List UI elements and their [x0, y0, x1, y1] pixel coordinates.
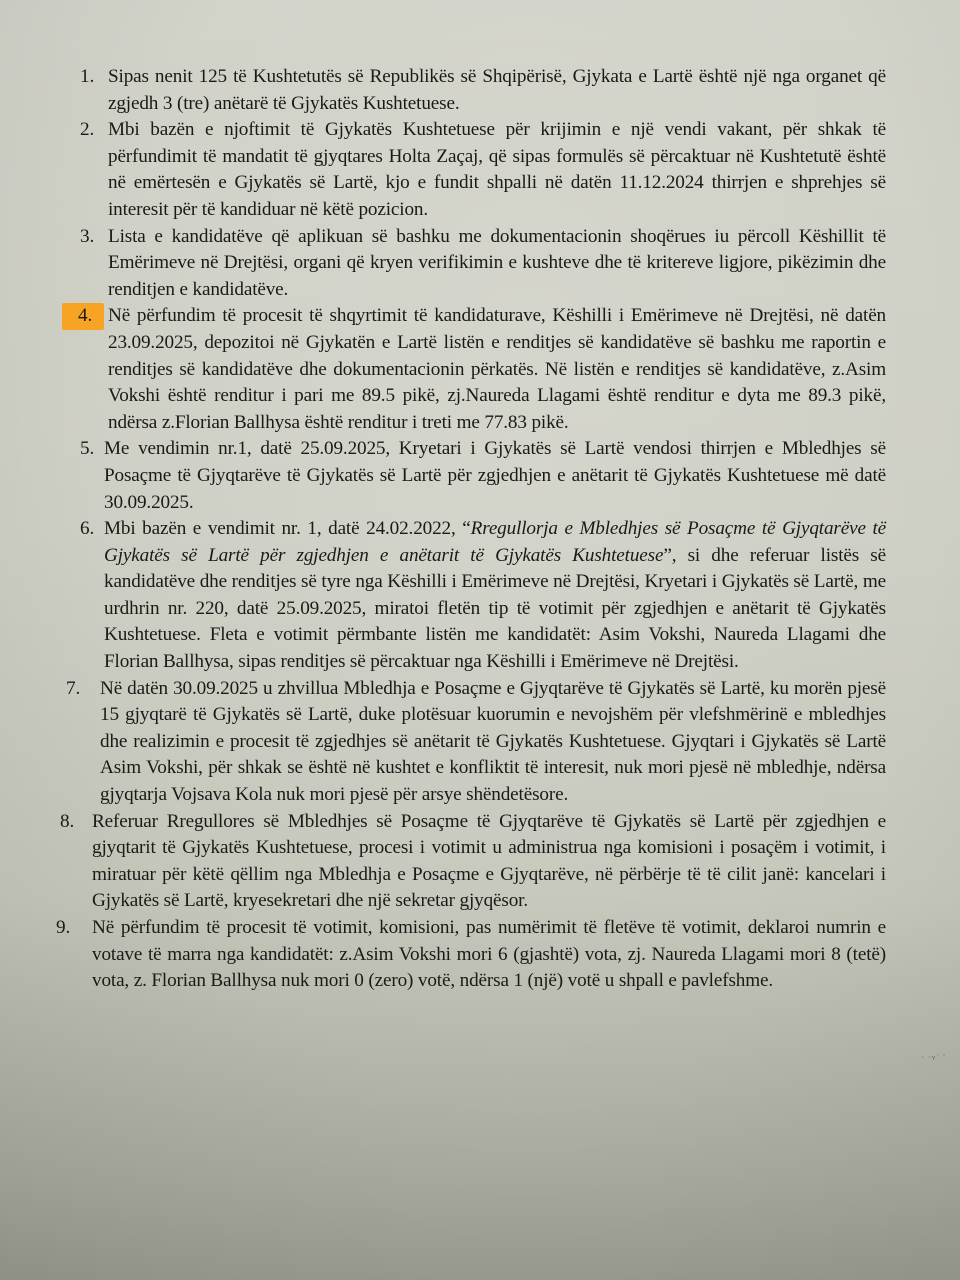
paragraph-7: 7. Në datën 30.09.2025 u zhvillua Mbledh…: [56, 676, 886, 809]
paragraph-text: Sipas nenit 125 të Kushtetutës së Republ…: [108, 66, 886, 114]
paper-mark: · ·ʏ´ ′: [921, 1053, 946, 1062]
paragraph-5: 5. Me vendimin nr.1, datë 25.09.2025, Kr…: [56, 436, 886, 516]
paragraph-4: 4. Në përfundim të procesit të shqyrtimi…: [56, 303, 886, 436]
paragraph-3: 3. Lista e kandidatëve që aplikuan së ba…: [56, 224, 886, 304]
paragraph-text-before: Mbi bazën e vendimit nr. 1, datë 24.02.2…: [104, 518, 471, 539]
paragraph-9: 9. Në përfundim të procesit të votimit, …: [56, 915, 886, 995]
paragraph-number: 5.: [80, 436, 106, 463]
paragraph-text: Në përfundim të procesit të votimit, kom…: [92, 917, 886, 991]
paragraph-number: 6.: [80, 516, 106, 543]
paragraph-6: 6. Mbi bazën e vendimit nr. 1, datë 24.0…: [56, 516, 886, 676]
paragraph-1: 1. Sipas nenit 125 të Kushtetutës së Rep…: [56, 64, 886, 117]
paragraph-text: Mbi bazën e njoftimit të Gjykatës Kushte…: [108, 119, 886, 220]
paragraph-number: 8.: [60, 809, 86, 836]
highlighted-paragraph-number: 4.: [62, 303, 104, 330]
paragraph-text: Referuar Rregullores së Mbledhjes së Pos…: [92, 811, 886, 912]
document-page: 1. Sipas nenit 125 të Kushtetutës së Rep…: [56, 64, 886, 995]
paragraph-number: 1.: [80, 64, 106, 91]
paragraph-number: 7.: [66, 676, 92, 703]
paragraph-text: Lista e kandidatëve që aplikuan së bashk…: [108, 226, 886, 300]
paragraph-number: 2.: [80, 117, 106, 144]
numbered-paragraph-list: 1. Sipas nenit 125 të Kushtetutës së Rep…: [56, 64, 886, 995]
paragraph-number: 3.: [80, 224, 106, 251]
paragraph-number: 9.: [56, 915, 82, 942]
paragraph-2: 2. Mbi bazën e njoftimit të Gjykatës Kus…: [56, 117, 886, 223]
paragraph-text: Në përfundim të procesit të shqyrtimit t…: [108, 305, 886, 432]
paragraph-text: Në datën 30.09.2025 u zhvillua Mbledhja …: [100, 678, 886, 805]
paragraph-text: Me vendimin nr.1, datë 25.09.2025, Kryet…: [104, 438, 886, 512]
paragraph-8: 8. Referuar Rregullores së Mbledhjes së …: [56, 809, 886, 915]
